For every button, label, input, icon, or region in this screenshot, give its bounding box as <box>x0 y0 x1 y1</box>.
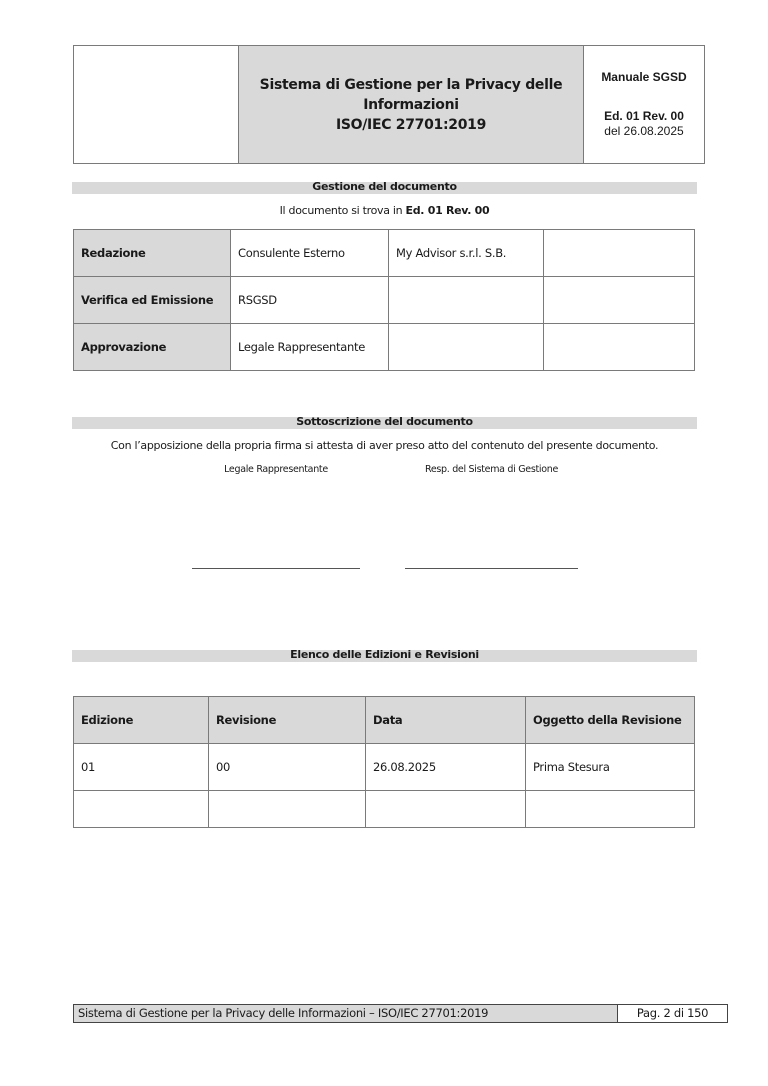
signer-left-label: Legale Rappresentante <box>192 464 360 475</box>
signature-line-left[interactable] <box>192 568 360 569</box>
cell-subject <box>526 791 695 828</box>
document-status-value: Ed. 01 Rev. 00 <box>406 204 490 217</box>
table-row: Verifica ed Emissione RSGSD <box>74 277 695 324</box>
page-number: Pag. 2 di 150 <box>618 1005 727 1022</box>
column-header-subject: Oggetto della Revisione <box>526 697 695 744</box>
column-header-edition: Edizione <box>74 697 209 744</box>
table-row: Redazione Consulente Esterno My Advisor … <box>74 230 695 277</box>
row-role: RSGSD <box>231 277 389 324</box>
edition-label: Ed. 01 Rev. 00 <box>584 109 704 123</box>
management-table: Redazione Consulente Esterno My Advisor … <box>73 229 695 371</box>
column-header-date: Data <box>366 697 526 744</box>
row-entity <box>389 277 544 324</box>
section-title-management: Gestione del documento <box>72 180 697 193</box>
document-title-cell: Sistema di Gestione per la Privacy delle… <box>239 46 584 163</box>
cell-edition <box>74 791 209 828</box>
section-title-subscription: Sottoscrizione del documento <box>72 415 697 428</box>
row-entity <box>389 324 544 371</box>
cell-revision <box>209 791 366 828</box>
cell-subject: Prima Stesura <box>526 744 695 791</box>
table-row: 01 00 26.08.2025 Prima Stesura <box>74 744 695 791</box>
row-signature <box>544 277 695 324</box>
document-status: Il documento si trova in Ed. 01 Rev. 00 <box>72 204 697 217</box>
cell-date <box>366 791 526 828</box>
document-title: Sistema di Gestione per la Privacy delle… <box>260 75 563 135</box>
edition-date: del 26.08.2025 <box>584 124 704 138</box>
row-signature <box>544 230 695 277</box>
logo-placeholder <box>74 46 239 163</box>
document-meta-cell: Manuale SGSD Ed. 01 Rev. 00 del 26.08.20… <box>584 46 704 163</box>
cell-edition: 01 <box>74 744 209 791</box>
footer-title: Sistema di Gestione per la Privacy delle… <box>74 1005 618 1022</box>
cell-date: 26.08.2025 <box>366 744 526 791</box>
table-header-row: Edizione Revisione Data Oggetto della Re… <box>74 697 695 744</box>
row-role: Consulente Esterno <box>231 230 389 277</box>
subscription-statement: Con l’apposizione della propria firma si… <box>72 439 697 452</box>
row-label: Verifica ed Emissione <box>74 277 231 324</box>
page-footer: Sistema di Gestione per la Privacy delle… <box>73 1004 728 1023</box>
row-label: Redazione <box>74 230 231 277</box>
manual-name: Manuale SGSD <box>584 70 704 84</box>
cell-revision: 00 <box>209 744 366 791</box>
document-header: Sistema di Gestione per la Privacy delle… <box>73 45 705 164</box>
table-row <box>74 791 695 828</box>
signer-right-label: Resp. del Sistema di Gestione <box>405 464 578 475</box>
row-role: Legale Rappresentante <box>231 324 389 371</box>
row-signature <box>544 324 695 371</box>
table-row: Approvazione Legale Rappresentante <box>74 324 695 371</box>
column-header-revision: Revisione <box>209 697 366 744</box>
row-entity: My Advisor s.r.l. S.B. <box>389 230 544 277</box>
revisions-table: Edizione Revisione Data Oggetto della Re… <box>73 696 695 828</box>
row-label: Approvazione <box>74 324 231 371</box>
section-title-revisions: Elenco delle Edizioni e Revisioni <box>72 648 697 661</box>
signature-line-right[interactable] <box>405 568 578 569</box>
